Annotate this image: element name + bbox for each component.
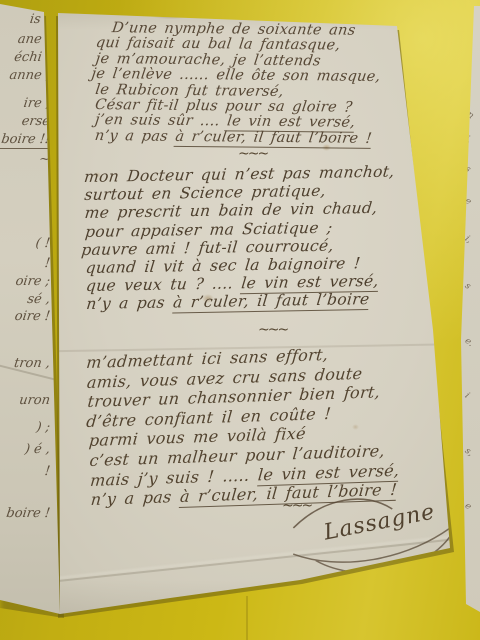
right-page-fragment: e: [463, 501, 480, 519]
left-page-fragment: uron: [0, 393, 54, 408]
verse-line: n’y a pas à r’culer, il faut l’boire: [85, 290, 397, 314]
verse-text: n’y a pas: [90, 487, 181, 509]
stanza-divider-2: ~~~: [258, 322, 287, 338]
left-page-fragment: oire ;: [0, 274, 54, 289]
left-page-fragment: !: [0, 256, 54, 271]
verse-text: n’y a pas: [85, 294, 174, 314]
right-page-fragment: e: [463, 196, 480, 214]
right-page-fragment: s: [463, 281, 480, 299]
verse-line: n’y a pas à r’culer, il faut l’boire !: [94, 129, 381, 147]
left-page-fragment: tron ,: [0, 356, 54, 371]
refrain-underlined: à r’culer, il faut l’boire: [172, 290, 370, 313]
right-page-fragment: i: [463, 391, 480, 409]
left-page-fragment: ~: [0, 152, 54, 167]
right-page-fragment: s.: [463, 84, 480, 102]
left-page-fragment: sé ,: [0, 292, 54, 307]
left-page-fragment: oire !: [0, 309, 54, 324]
left-page-fragment: boire !!: [0, 132, 54, 149]
right-page-fragment: s: [463, 10, 480, 28]
refrain-underlined: à r’culer, il faut l’boire !: [174, 129, 373, 149]
right-page-fragment: e,: [463, 32, 480, 50]
left-page-fragment: !: [0, 464, 54, 479]
right-page-fragment: m: [463, 108, 480, 126]
right-page-fragment: e.: [463, 336, 480, 354]
left-page-fragment: ( !: [0, 236, 54, 251]
right-page-fragment: i,: [463, 134, 480, 152]
right-page-fragment: s: [463, 164, 480, 182]
right-page-fragment: s,: [463, 446, 480, 464]
photo-background: is !ane ,échi ,anne ,ire ,erséboire !!~(…: [0, 0, 480, 640]
background-crease: [246, 596, 248, 640]
manuscript-page: D’une nymphe de soixante ansqui faisait …: [0, 0, 480, 640]
left-page-fragment: ersé: [0, 114, 54, 129]
right-page-fragment: i,: [463, 234, 480, 252]
verse-text: n’y a pas: [94, 128, 177, 145]
paper-stain: [150, 12, 192, 19]
verse-text: j’en suis sûr ....: [94, 112, 228, 129]
verse-stanza-3: m’admettant ici sans effort,amis, vous a…: [86, 343, 400, 510]
verse-stanza-1: D’une nymphe de soixante ansqui faisait …: [95, 21, 381, 147]
left-page-fragment: ) é ,: [0, 442, 54, 457]
right-page-fragment: i: [463, 58, 480, 76]
verse-stanza-2: mon Docteur qui n’est pas manchot,surtou…: [84, 163, 397, 314]
left-page-fragment: ire ,: [0, 96, 54, 111]
stanza-divider-1: ~~~: [238, 146, 267, 162]
left-page-fragment: ) ;: [0, 420, 54, 435]
left-page-fragment: boire !: [0, 506, 54, 521]
